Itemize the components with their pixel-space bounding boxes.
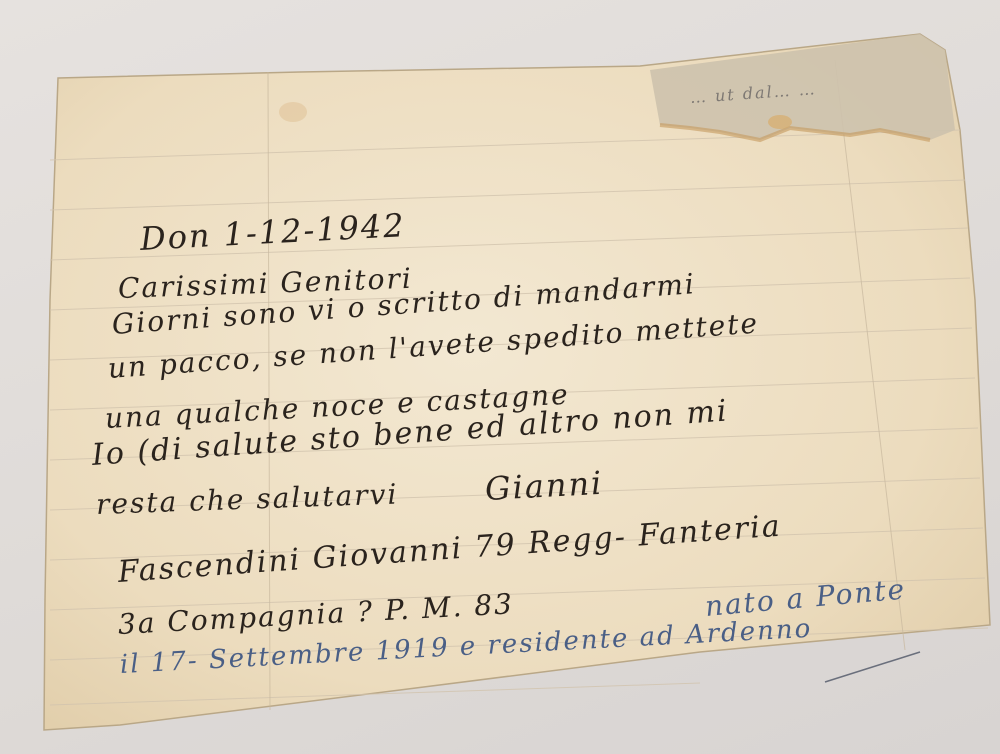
- photo-background: … ut dal… … Don 1-12-1942 Carissimi Geni…: [0, 0, 1000, 754]
- letter-signature: Gianni: [484, 464, 604, 508]
- letter-paper: … ut dal… … Don 1-12-1942 Carissimi Geni…: [0, 0, 1000, 754]
